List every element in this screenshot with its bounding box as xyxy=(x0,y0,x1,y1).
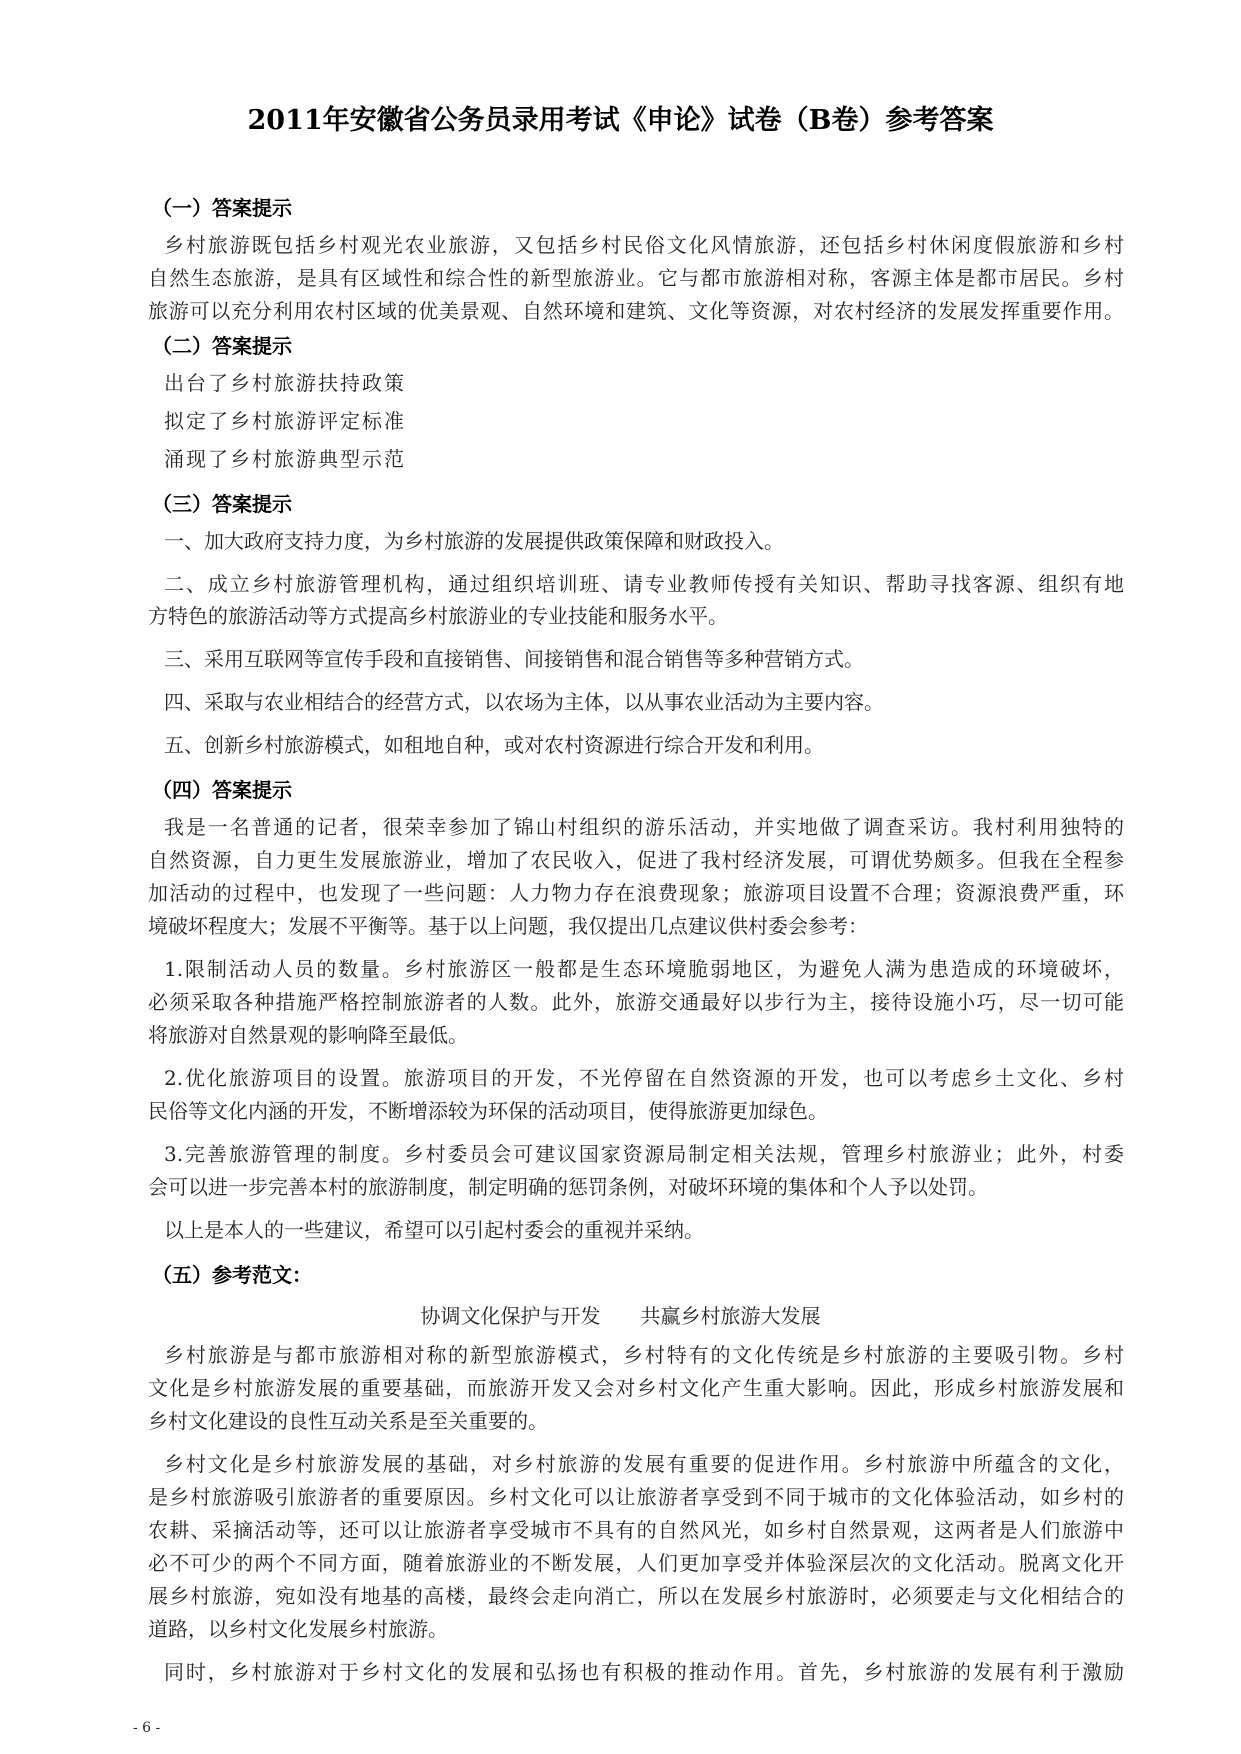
paragraph-line: 道路，以乡村文化发展乡村旅游。 xyxy=(148,1617,448,1641)
page-number: - 6 - xyxy=(133,1720,160,1736)
section-heading-3: （三）答案提示 xyxy=(152,488,292,517)
paragraph-line: 会可以进一步完善本村的旅游制度，制定明确的惩罚条例，对破坏环境的集体和个人予以处… xyxy=(148,1175,988,1199)
paragraph-line: 必不可少的两个不同方面，随着旅游业的不断发展，人们更加享受并体验深层次的文化活动… xyxy=(148,1551,1124,1575)
paragraph-line: 3.完善旅游管理的制度。乡村委员会可建议国家资源局制定相关法规，管理乡村旅游业；… xyxy=(164,1142,1124,1166)
paragraph-line: 民俗等文化内涵的开发，不断增添较为环保的活动项目，使得旅游更加绿色。 xyxy=(148,1099,828,1123)
section-heading-5: （五）参考范文： xyxy=(152,1259,312,1288)
paragraph-line: 1.限制活动人员的数量。乡村旅游区一般都是生态环境脆弱地区，为避免人满为患造成的… xyxy=(164,957,1124,981)
list-item: 四、采取与农业相结合的经营方式，以农场为主体，以从事农业活动为主要内容。 xyxy=(164,690,884,714)
paragraph-line: 同时，乡村旅游对于乡村文化的发展和弘扬也有积极的推动作用。首先，乡村旅游的发展有… xyxy=(164,1660,1124,1684)
document-title: 2011年安徽省公务员录用考试《申论》试卷（B卷）参考答案 xyxy=(0,98,1241,137)
paragraph-line: 2.优化旅游项目的设置。旅游项目的开发，不光停留在自然资源的开发，也可以考虑乡土… xyxy=(164,1066,1124,1090)
paragraph-line: 以上是本人的一些建议，希望可以引起村委会的重视并采纳。 xyxy=(164,1218,704,1242)
paragraph-line: 文化是乡村旅游发展的重要基础，而旅游开发又会对乡村文化产生重大影响。因此，形成乡… xyxy=(148,1376,1124,1400)
list-item: 涌现了乡村旅游典型示范 xyxy=(164,447,406,471)
paragraph-line: 加活动的过程中，也发现了一些问题：人力物力存在浪费现象；旅游项目设置不合理；资源… xyxy=(148,881,1124,905)
list-item: 出台了乡村旅游扶持政策 xyxy=(164,371,406,395)
document-page: 2011年安徽省公务员录用考试《申论》试卷（B卷）参考答案 （一）答案提示 乡村… xyxy=(0,0,1241,1754)
paragraph-line: 展乡村旅游，宛如没有地基的高楼，最终会走向消亡，所以在发展乡村旅游时，必须要走与… xyxy=(148,1584,1124,1608)
paragraph-line: 自然资源，自力更生发展旅游业，增加了农民收入，促进了我村经济发展，可谓优势颇多。… xyxy=(148,848,1124,872)
paragraph-line: 旅游可以充分利用农村区域的优美景观、自然环境和建筑、文化等资源，对农村经济的发展… xyxy=(148,299,1124,323)
paragraph-line: 境破坏程度大；发展不平衡等。基于以上问题，我仅提出几点建议供村委会参考： xyxy=(148,914,868,938)
list-item: 三、采用互联网等宣传手段和直接销售、间接销售和混合销售等多种营销方式。 xyxy=(164,647,864,671)
paragraph-line: 将旅游对自然景观的影响降至最低。 xyxy=(148,1023,468,1047)
section-heading-2: （二）答案提示 xyxy=(152,330,292,359)
essay-title: 协调文化保护与开发 共赢乡村旅游大发展 xyxy=(0,1300,1241,1329)
paragraph-line: 乡村旅游既包括乡村观光农业旅游，又包括乡村民俗文化风情旅游，还包括乡村休闲度假旅… xyxy=(164,233,1124,257)
paragraph-line: 必须采取各种措施严格控制旅游者的人数。此外，旅游交通最好以步行为主，接待设施小巧… xyxy=(148,990,1124,1014)
paragraph-line: 乡村文化是乡村旅游发展的基础，对乡村旅游的发展有重要的促进作用。乡村旅游中所蕴含… xyxy=(164,1452,1124,1476)
section-heading-1: （一）答案提示 xyxy=(152,192,292,221)
list-item: 五、创新乡村旅游模式，如租地自种，或对农村资源进行综合开发和利用。 xyxy=(164,733,824,757)
paragraph-line: 乡村文化建设的良性互动关系是至关重要的。 xyxy=(148,1409,548,1433)
paragraph-line: 是乡村旅游吸引旅游者的重要原因。乡村文化可以让旅游者享受到不同于城市的文化体验活… xyxy=(148,1485,1124,1509)
paragraph-line: 我是一名普通的记者，很荣幸参加了锦山村组织的游乐活动，并实地做了调查采访。我村利… xyxy=(164,815,1124,839)
list-item: 拟定了乡村旅游评定标准 xyxy=(164,409,406,433)
paragraph-line: 乡村旅游是与都市旅游相对称的新型旅游模式，乡村特有的文化传统是乡村旅游的主要吸引… xyxy=(164,1343,1124,1367)
paragraph-line: 农耕、采摘活动等，还可以让旅游者享受城市不具有的自然风光，如乡村自然景观，这两者… xyxy=(148,1518,1124,1542)
paragraph-line: 自然生态旅游，是具有区域性和综合性的新型旅游业。它与都市旅游相对称，客源主体是都… xyxy=(148,266,1124,290)
list-item: 二、成立乡村旅游管理机构，通过组织培训班、请专业教师传授有关知识、帮助寻找客源、… xyxy=(164,572,1124,596)
list-item: 方特色的旅游活动等方式提高乡村旅游业的专业技能和服务水平。 xyxy=(148,604,728,628)
section-heading-4: （四）答案提示 xyxy=(152,774,292,803)
list-item: 一、加大政府支持力度，为乡村旅游的发展提供政策保障和财政投入。 xyxy=(164,529,784,553)
